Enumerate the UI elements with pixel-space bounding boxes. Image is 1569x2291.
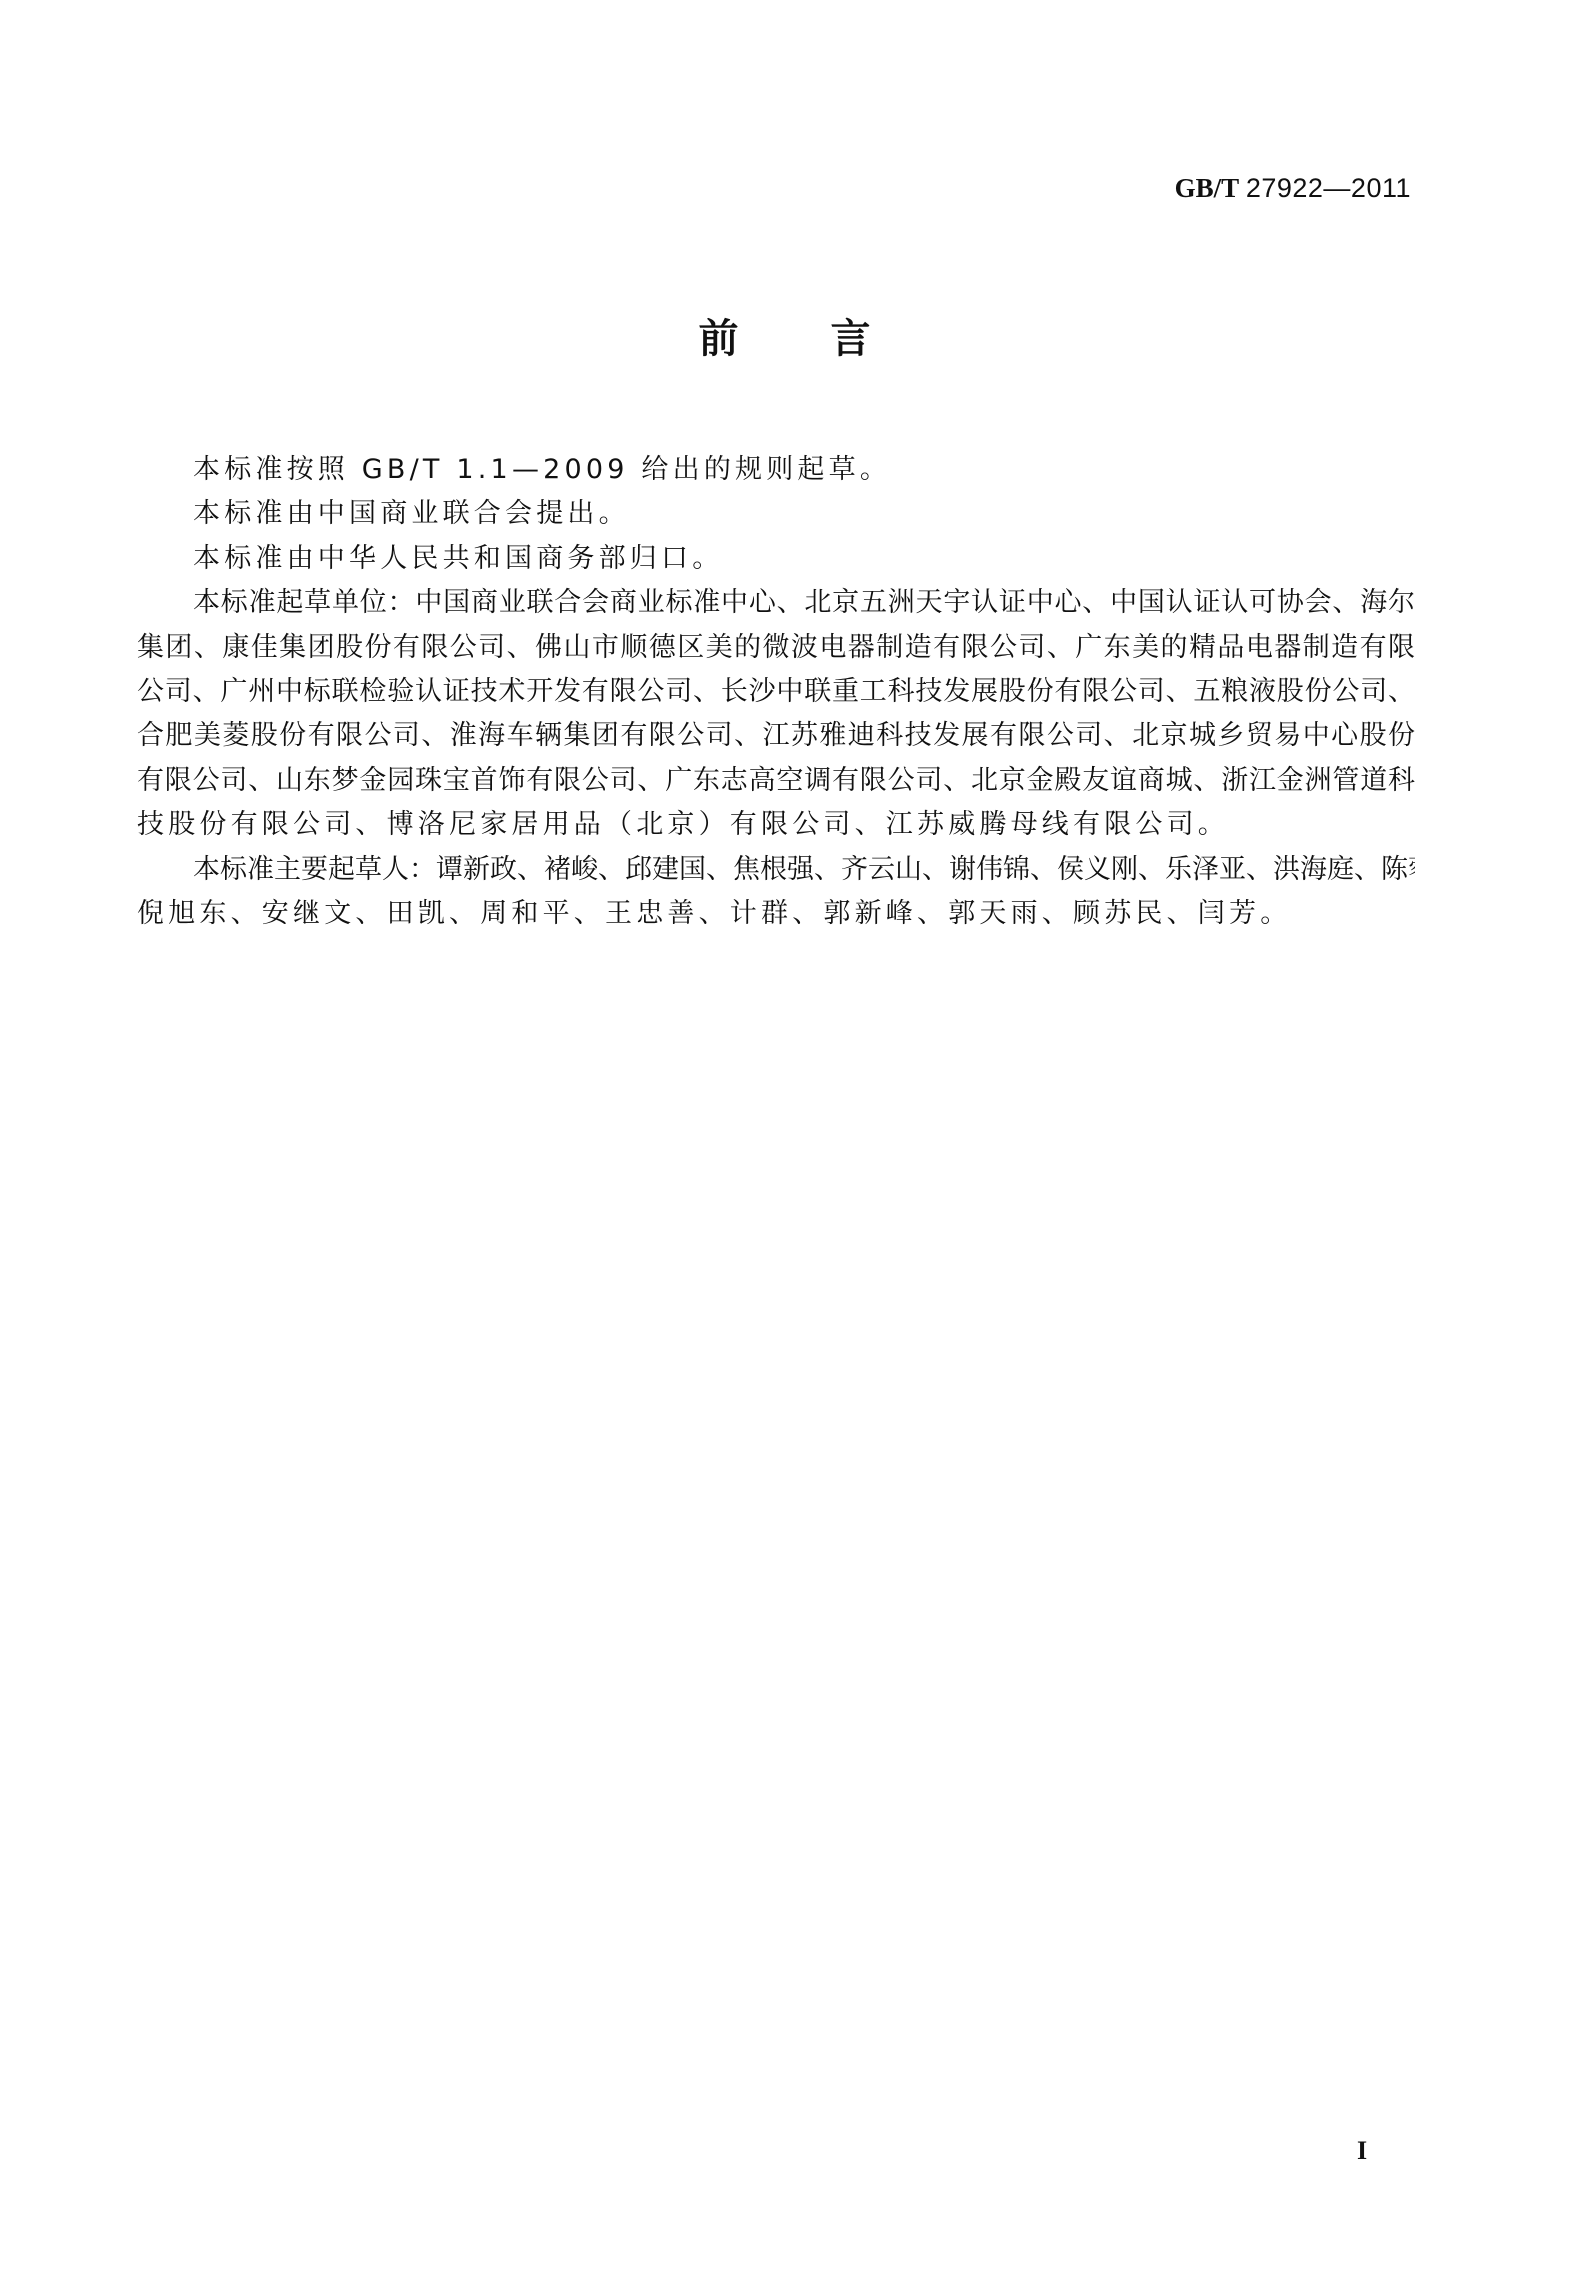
- paragraph-administrator: 本标准由中华人民共和国商务部归口。: [137, 541, 1415, 585]
- standard-code-prefix: GB/T: [1175, 173, 1240, 203]
- foreword-body: 本标准按照 GB/T 1.1—2009 给出的规则起草。 本标准由中国商业联合会…: [137, 452, 1415, 940]
- text-line: 本标准主要起草人：谭新政、褚峻、邱建国、焦根强、齐云山、谢伟锦、侯义刚、乐泽亚、…: [137, 852, 1415, 896]
- text-line: 有限公司、山东梦金园珠宝首饰有限公司、广东志高空调有限公司、北京金殿友谊商城、浙…: [137, 763, 1415, 807]
- standard-code-header: GB/T 27922—2011: [1175, 172, 1411, 204]
- page-title: 前言: [0, 316, 1569, 362]
- paragraph-main-drafters: 本标准主要起草人：谭新政、褚峻、邱建国、焦根强、齐云山、谢伟锦、侯义刚、乐泽亚、…: [137, 852, 1415, 941]
- text-line: 本标准起草单位：中国商业联合会商业标准中心、北京五洲天宇认证中心、中国认证认可协…: [137, 585, 1415, 629]
- text-line: 本标准由中华人民共和国商务部归口。: [137, 541, 1415, 585]
- paragraph-drafting-rules: 本标准按照 GB/T 1.1—2009 给出的规则起草。: [137, 452, 1415, 496]
- title-char-2: 言: [831, 316, 871, 362]
- page-number: I: [1357, 2136, 1367, 2166]
- text-line: 倪旭东、安继文、田凯、周和平、王忠善、计群、郭新峰、郭天雨、顾苏民、闫芳。: [137, 896, 1415, 940]
- text-line: 集团、康佳集团股份有限公司、佛山市顺德区美的微波电器制造有限公司、广东美的精品电…: [137, 630, 1415, 674]
- text-line: 本标准按照 GB/T 1.1—2009 给出的规则起草。: [137, 452, 1415, 496]
- text-line: 合肥美菱股份有限公司、淮海车辆集团有限公司、江苏雅迪科技发展有限公司、北京城乡贸…: [137, 718, 1415, 762]
- paragraph-proposer: 本标准由中国商业联合会提出。: [137, 496, 1415, 540]
- text-line: 公司、广州中标联检验认证技术开发有限公司、长沙中联重工科技发展股份有限公司、五粮…: [137, 674, 1415, 718]
- document-page: GB/T 27922—2011 前言 本标准按照 GB/T 1.1—2009 给…: [0, 0, 1569, 2291]
- title-char-1: 前: [699, 316, 739, 362]
- text-line: 本标准由中国商业联合会提出。: [137, 496, 1415, 540]
- paragraph-drafting-organizations: 本标准起草单位：中国商业联合会商业标准中心、北京五洲天宇认证中心、中国认证认可协…: [137, 585, 1415, 851]
- text-line: 技股份有限公司、博洛尼家居用品（北京）有限公司、江苏威腾母线有限公司。: [137, 807, 1415, 851]
- standard-code-number: 27922—2011: [1246, 173, 1411, 203]
